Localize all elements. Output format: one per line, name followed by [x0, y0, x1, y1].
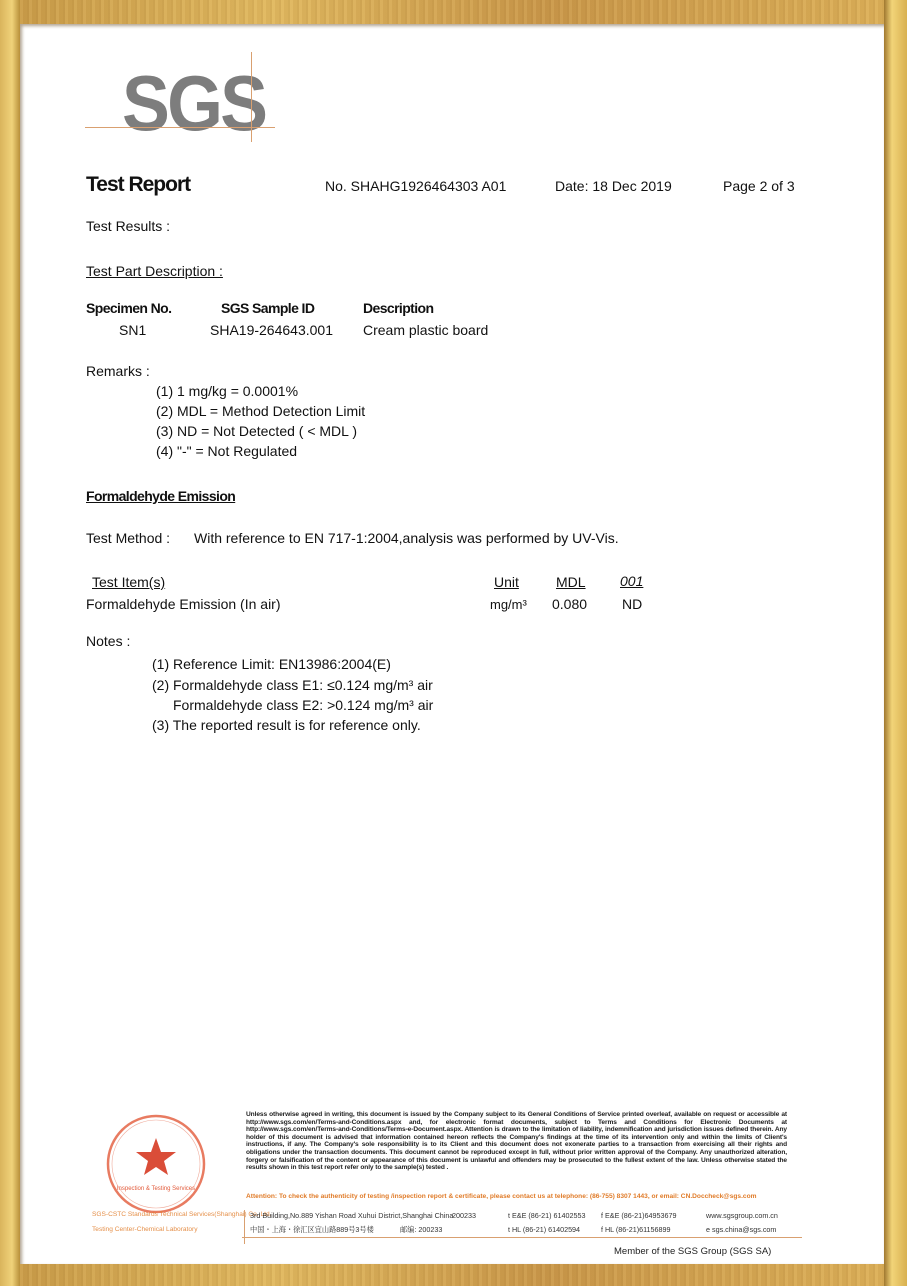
results-header-unit: Unit	[494, 574, 519, 590]
result-value-cell: ND	[622, 596, 642, 612]
logo-rule-vertical	[251, 52, 252, 142]
results-header-item: Test Item(s)	[92, 574, 165, 590]
note-item: Formaldehyde class E2: >0.124 mg/m³ air	[173, 697, 433, 713]
email-link[interactable]: e sgs.china@sgs.com	[706, 1225, 776, 1234]
notes-label: Notes :	[86, 633, 130, 649]
address-english: 3rd Building,No.889 Yishan Road Xuhui Di…	[250, 1211, 453, 1220]
postcode-english: 200233	[452, 1211, 476, 1220]
logo-rule-horizontal	[85, 127, 275, 128]
telephone-ee: t E&E (86-21) 61402553	[508, 1211, 586, 1220]
results-header-mdl: MDL	[556, 574, 586, 590]
specimen-header-description: Description	[363, 300, 433, 316]
remark-item: (1) 1 mg/kg = 0.0001%	[156, 383, 298, 399]
specimen-no-cell: SN1	[119, 322, 146, 338]
result-mdl-cell: 0.080	[552, 596, 587, 612]
result-unit-cell: mg/m³	[490, 597, 527, 612]
test-method-value: With reference to EN 717-1:2004,analysis…	[194, 530, 619, 546]
specimen-header-no: Specimen No.	[86, 300, 171, 316]
star-icon	[136, 1138, 176, 1175]
remarks-label: Remarks :	[86, 363, 150, 379]
company-seal-stamp: Inspection & Testing Services	[104, 1112, 208, 1216]
remark-item: (3) ND = Not Detected ( < MDL )	[156, 423, 357, 439]
postcode-chinese: 邮编: 200233	[400, 1225, 442, 1235]
specimen-header-sample-id: SGS Sample ID	[221, 300, 314, 316]
note-item: (1) Reference Limit: EN13986:2004(E)	[152, 656, 391, 672]
remark-item: (4) "-" = Not Regulated	[156, 443, 297, 459]
test-method-label: Test Method :	[86, 530, 170, 546]
note-item: (3) The reported result is for reference…	[152, 717, 421, 733]
legal-disclaimer: Unless otherwise agreed in writing, this…	[246, 1111, 787, 1172]
sample-id-cell: SHA19-264643.001	[210, 322, 333, 338]
authenticity-notice: Attention: To check the authenticity of …	[246, 1193, 787, 1201]
address-chinese: 中国・上海・徐汇区宜山路889号3号楼	[250, 1225, 374, 1235]
note-item: (2) Formaldehyde class E1: ≤0.124 mg/m³ …	[152, 677, 433, 693]
sgs-logo: SGS	[122, 58, 265, 149]
page-indicator: Page 2 of 3	[723, 178, 795, 194]
website-link[interactable]: www.sgsgroup.com.cn	[706, 1211, 778, 1220]
test-part-description-label: Test Part Description :	[86, 263, 223, 279]
results-header-sample: 001	[620, 573, 643, 589]
test-results-label: Test Results :	[86, 218, 170, 234]
result-item-cell: Formaldehyde Emission (In air)	[86, 596, 281, 612]
frame-right-edge	[884, 0, 907, 1286]
svg-text:Inspection & Testing Services: Inspection & Testing Services	[117, 1186, 195, 1192]
section-title: Formaldehyde Emission	[86, 488, 235, 504]
footer-rule	[242, 1237, 802, 1238]
fax-hl: f HL (86-21)61156899	[601, 1225, 671, 1234]
stamp-center: Testing Center-Chemical Laboratory	[92, 1226, 198, 1233]
telephone-hl: t HL (86-21) 61402594	[508, 1225, 580, 1234]
description-cell: Cream plastic board	[363, 322, 488, 338]
footer-rule-vertical	[244, 1210, 245, 1244]
document-page	[20, 24, 884, 1264]
remark-item: (2) MDL = Method Detection Limit	[156, 403, 365, 419]
report-title: Test Report	[86, 173, 190, 197]
member-of-sgs-group: Member of the SGS Group (SGS SA)	[614, 1246, 771, 1257]
fax-ee: f E&E (86-21)64953679	[601, 1211, 677, 1220]
report-number: No. SHAHG1926464303 A01	[325, 178, 506, 194]
report-date: Date: 18 Dec 2019	[555, 178, 672, 194]
frame-left-edge	[0, 0, 20, 1286]
